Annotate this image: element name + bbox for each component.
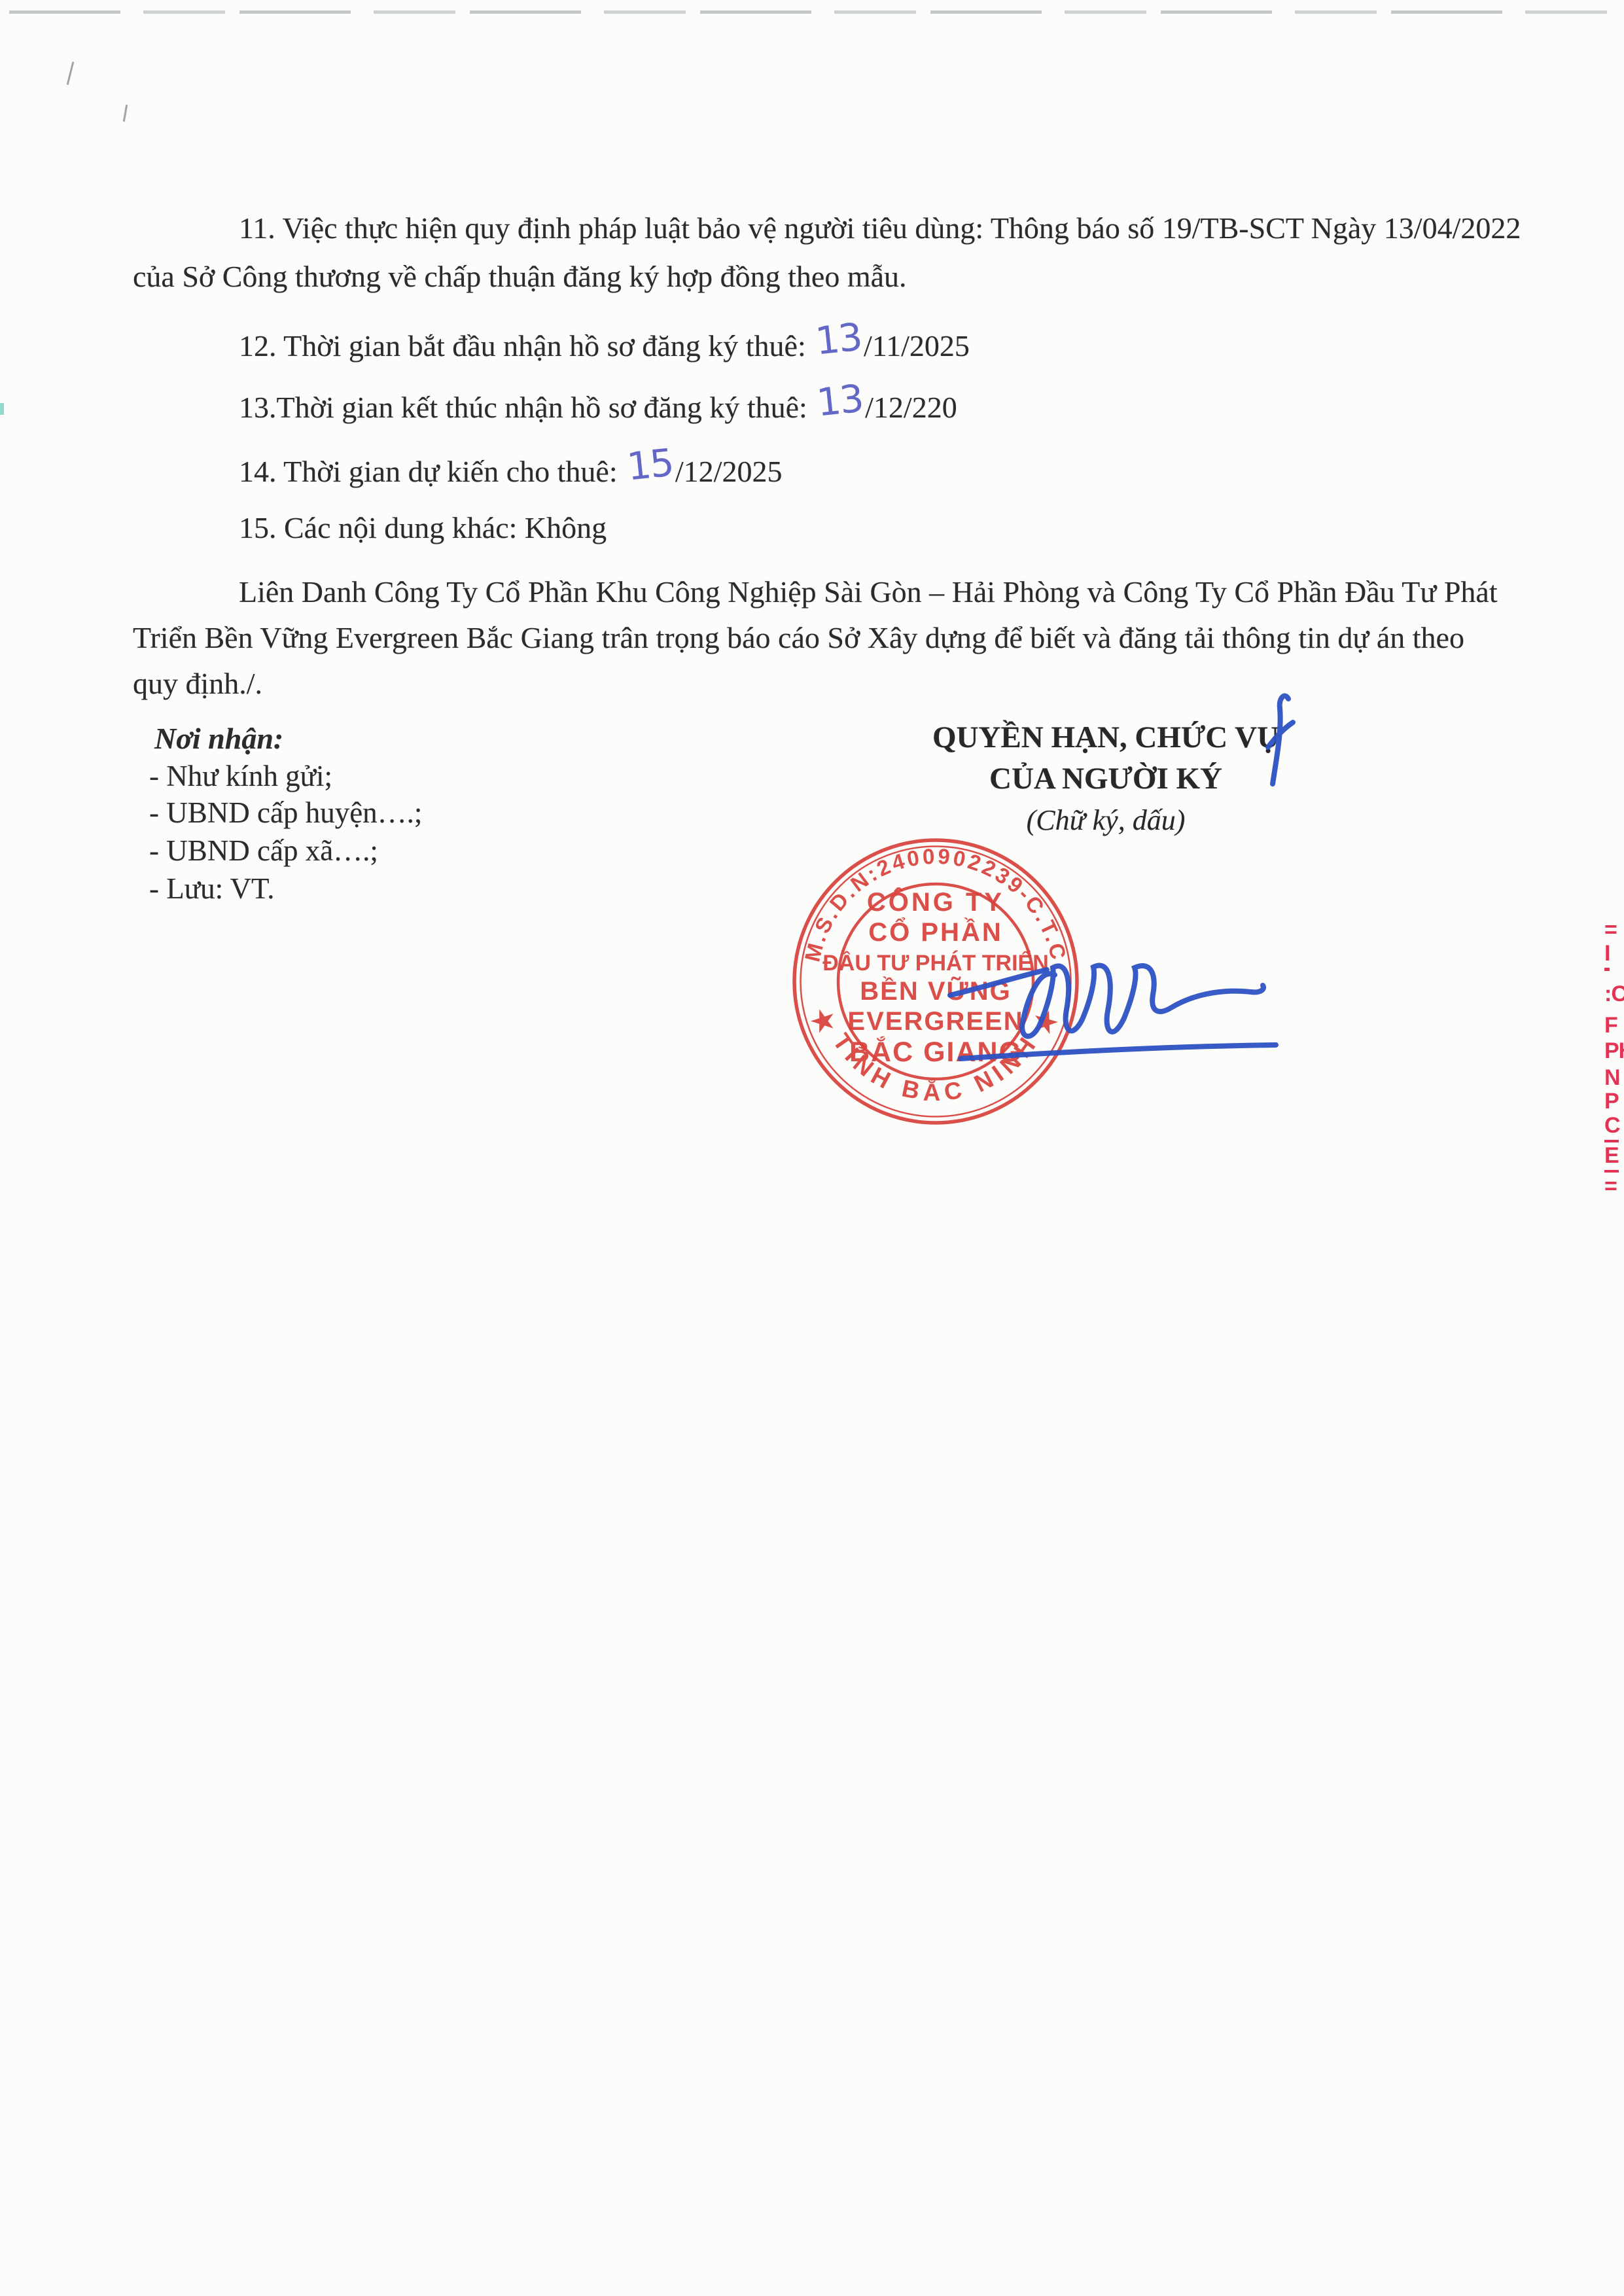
scan-artifact-slash (67, 62, 75, 85)
item-14-date-suffix: /12/2025 (675, 455, 783, 488)
item-12-date-suffix: /11/2025 (864, 329, 970, 362)
edge-fragment: PH (1604, 1038, 1624, 1064)
signature-main-stroke (1022, 965, 1263, 1036)
item-13-date-suffix: /12/220 (865, 391, 957, 424)
edge-fragment: C (1604, 1113, 1620, 1139)
item-12: 12. Thời gian bắt đầu nhận hồ sơ đăng ký… (239, 321, 970, 365)
item-11-line-2: của Sở Công thương về chấp thuận đăng ký… (133, 259, 907, 294)
recipient-item: - UBND cấp huyện….; (149, 796, 422, 830)
edge-fragment: N (1604, 1065, 1620, 1091)
item-15: 15. Các nội dung khác: Không (239, 510, 607, 546)
edge-fragment: E (1604, 1140, 1619, 1173)
edge-fragment: F (1604, 1013, 1617, 1038)
item-14-handwritten-day: 15 (625, 440, 675, 489)
item-12-handwritten-day: 13 (813, 315, 864, 364)
handwritten-signature (916, 674, 1322, 1099)
closing-paragraph-line-3: quy định./. (133, 666, 262, 701)
item-12-text: 12. Thời gian bắt đầu nhận hồ sơ đăng ký… (239, 329, 813, 362)
edge-fragment: = (1604, 1174, 1617, 1199)
closing-paragraph-line-1: Liên Danh Công Ty Cổ Phần Khu Công Nghiệ… (239, 574, 1498, 610)
scan-artifact-teal-tick (0, 403, 4, 415)
scan-artifact-tick (123, 105, 128, 122)
item-14: 14. Thời gian dự kiến cho thuê: 15/12/20… (239, 446, 782, 491)
recipient-item: - UBND cấp xã….; (149, 834, 378, 868)
document-page: 11. Việc thực hiện quy định pháp luật bả… (0, 0, 1624, 2296)
scan-artifact-top-line (9, 10, 1610, 14)
recipient-item: - Lưu: VT. (149, 872, 274, 906)
closing-paragraph-line-2: Triển Bền Vững Evergreen Bắc Giang trân … (133, 620, 1464, 656)
edge-fragment: P (1604, 1089, 1619, 1114)
item-11-line-1: 11. Việc thực hiện quy định pháp luật bả… (239, 211, 1521, 246)
item-13-text: 13.Thời gian kết thúc nhận hồ sơ đăng ký… (239, 391, 815, 424)
edge-fragment: = (1604, 917, 1617, 943)
item-13-handwritten-day: 13 (815, 376, 865, 425)
recipient-item: - Như kính gửi; (149, 759, 332, 794)
item-13: 13.Thời gian kết thúc nhận hồ sơ đăng ký… (239, 382, 957, 427)
recipients-heading: Nơi nhận: (154, 721, 283, 756)
edge-fragment: :C (1604, 981, 1624, 1007)
signature-underline (961, 1045, 1276, 1059)
item-14-text: 14. Thời gian dự kiến cho thuê: (239, 455, 625, 488)
edge-fragment: I (1604, 941, 1610, 971)
